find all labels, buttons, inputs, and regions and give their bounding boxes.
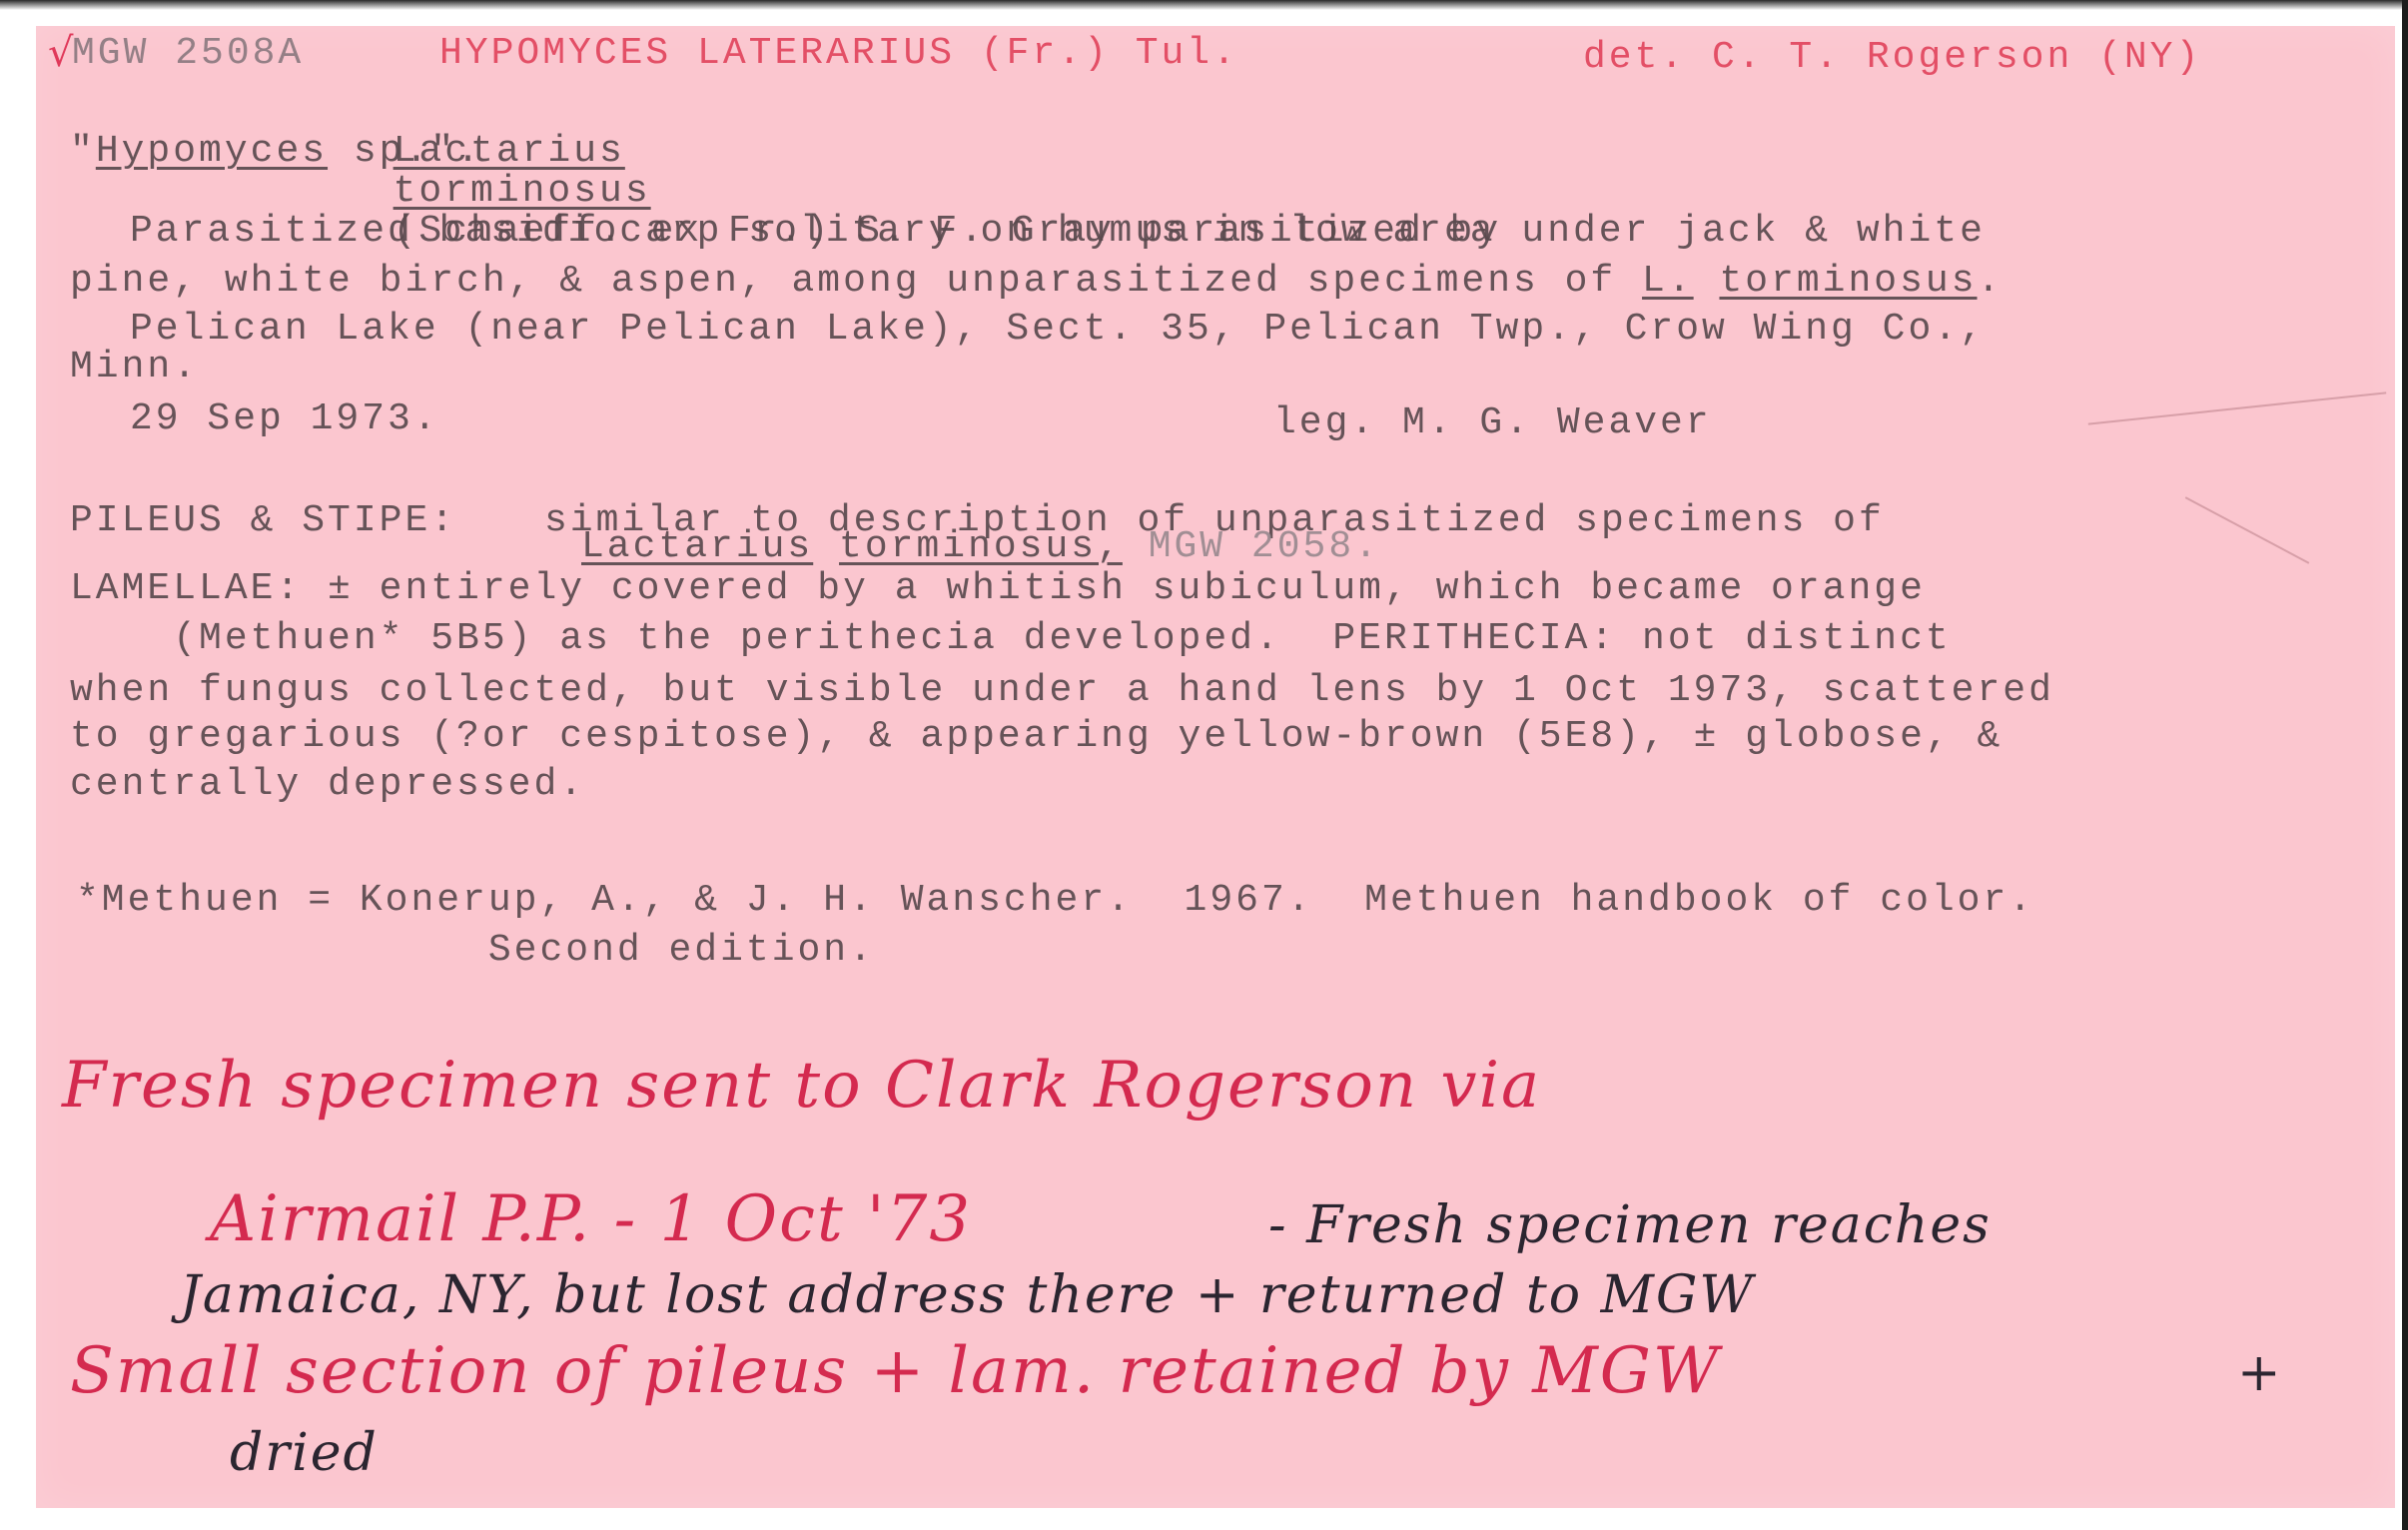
determination-name: HYPOMYCES LATERARIUS (Fr.) Tul. bbox=[439, 34, 1238, 74]
ref-species: torminosus, bbox=[839, 525, 1123, 568]
handwritten-note-line-2: Airmail P.P. - 1 Oct '73 bbox=[210, 1184, 972, 1254]
locality-line-1: Pelican Lake (near Pelican Lake), Sect. … bbox=[130, 310, 1986, 350]
pileus-ref: Lactarius torminosus, MGW 2058. bbox=[581, 527, 1380, 567]
footnote-line-1: *Methuen = Konerup, A., & J. H. Wanscher… bbox=[76, 881, 2034, 921]
lamellae-line-1: LAMELLAE: ± entirely covered by a whitis… bbox=[70, 569, 1926, 609]
handwritten-note-line-5: dried bbox=[230, 1418, 379, 1488]
handwritten-note-line-3: Jamaica, NY, but lost address there + re… bbox=[180, 1260, 1755, 1330]
host-line-2: "Hypomyces sp.". bbox=[70, 132, 482, 172]
habitat-line-1: Parasitized basidiocarp solitary on humu… bbox=[130, 212, 1986, 252]
open-quote: " bbox=[70, 130, 96, 173]
lamellae-line-4: to gregarious (?or cespitose), & appeari… bbox=[70, 717, 2003, 757]
collection-date: 29 Sep 1973. bbox=[130, 399, 439, 439]
lamellae-line-3: when fungus collected, but visible under… bbox=[70, 671, 2054, 711]
handwritten-note-line-2-black: - Fresh specimen reaches bbox=[1268, 1190, 1992, 1260]
scan-right-edge bbox=[2402, 0, 2408, 1530]
pileus-label: PILEUS & STIPE: bbox=[70, 501, 456, 541]
checkmark-icon: √ bbox=[48, 30, 74, 76]
host-species: torminosus bbox=[394, 170, 651, 213]
host-abbrev: L. bbox=[1642, 260, 1694, 303]
lamellae-line-5: centrally depressed. bbox=[70, 765, 585, 805]
period: . bbox=[1978, 260, 2004, 303]
handwritten-note-line-4: Small section of pileus + lam. retained … bbox=[70, 1336, 1721, 1406]
ref-genus: Lactarius bbox=[581, 525, 813, 568]
ref-number: MGW 2058. bbox=[1149, 525, 1380, 568]
habitat-line-2: pine, white birch, & aspen, among unpara… bbox=[70, 262, 2003, 302]
scan-top-shadow bbox=[0, 0, 2408, 10]
host-species-ref: torminosus bbox=[1719, 260, 1977, 303]
parasite-rest: sp.". bbox=[354, 130, 482, 173]
collector: leg. M. G. Weaver bbox=[1273, 403, 1712, 443]
locality-line-2: Minn. bbox=[70, 348, 199, 387]
footnote-line-2: Second edition. bbox=[76, 931, 875, 971]
lamellae-line-2: (Methuen* 5B5) as the perithecia develop… bbox=[70, 619, 1952, 659]
handwritten-note-line-1: Fresh specimen sent to Clark Rogerson vi… bbox=[62, 1051, 1541, 1121]
determiner: det. C. T. Rogerson (NY) bbox=[1583, 38, 2201, 78]
accession-number: MGW 2508A bbox=[72, 34, 304, 74]
habitat-text: pine, white birch, & aspen, among unpara… bbox=[70, 260, 1616, 303]
parasite-genus: Hypomyces bbox=[96, 130, 328, 173]
handwritten-note-line-4-tail: + bbox=[2237, 1338, 2283, 1408]
